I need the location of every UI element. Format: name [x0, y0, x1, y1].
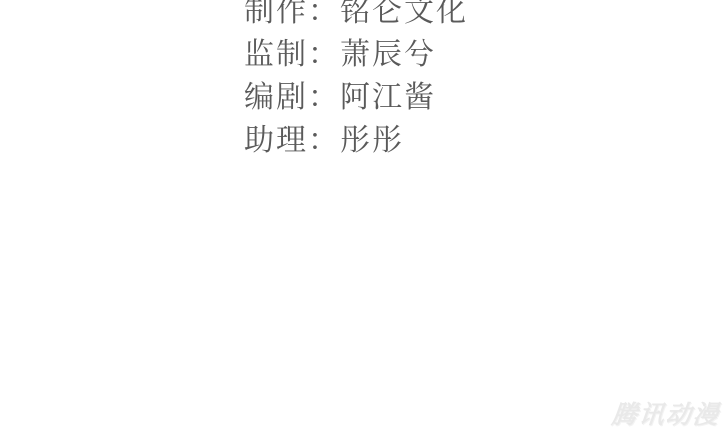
credit-line-screenwriter: 编剧：阿江酱 — [244, 76, 468, 119]
credit-line-assistant: 助理：彤彤 — [244, 119, 468, 162]
credit-line-supervisor: 监制：萧辰兮 — [244, 33, 468, 76]
credit-line-production: 制作：铭仑文化 — [244, 0, 468, 33]
tencent-comics-watermark: 腾讯动漫 — [610, 395, 722, 431]
credits-block: 制作：铭仑文化 监制：萧辰兮 编剧：阿江酱 助理：彤彤 — [244, 0, 468, 162]
